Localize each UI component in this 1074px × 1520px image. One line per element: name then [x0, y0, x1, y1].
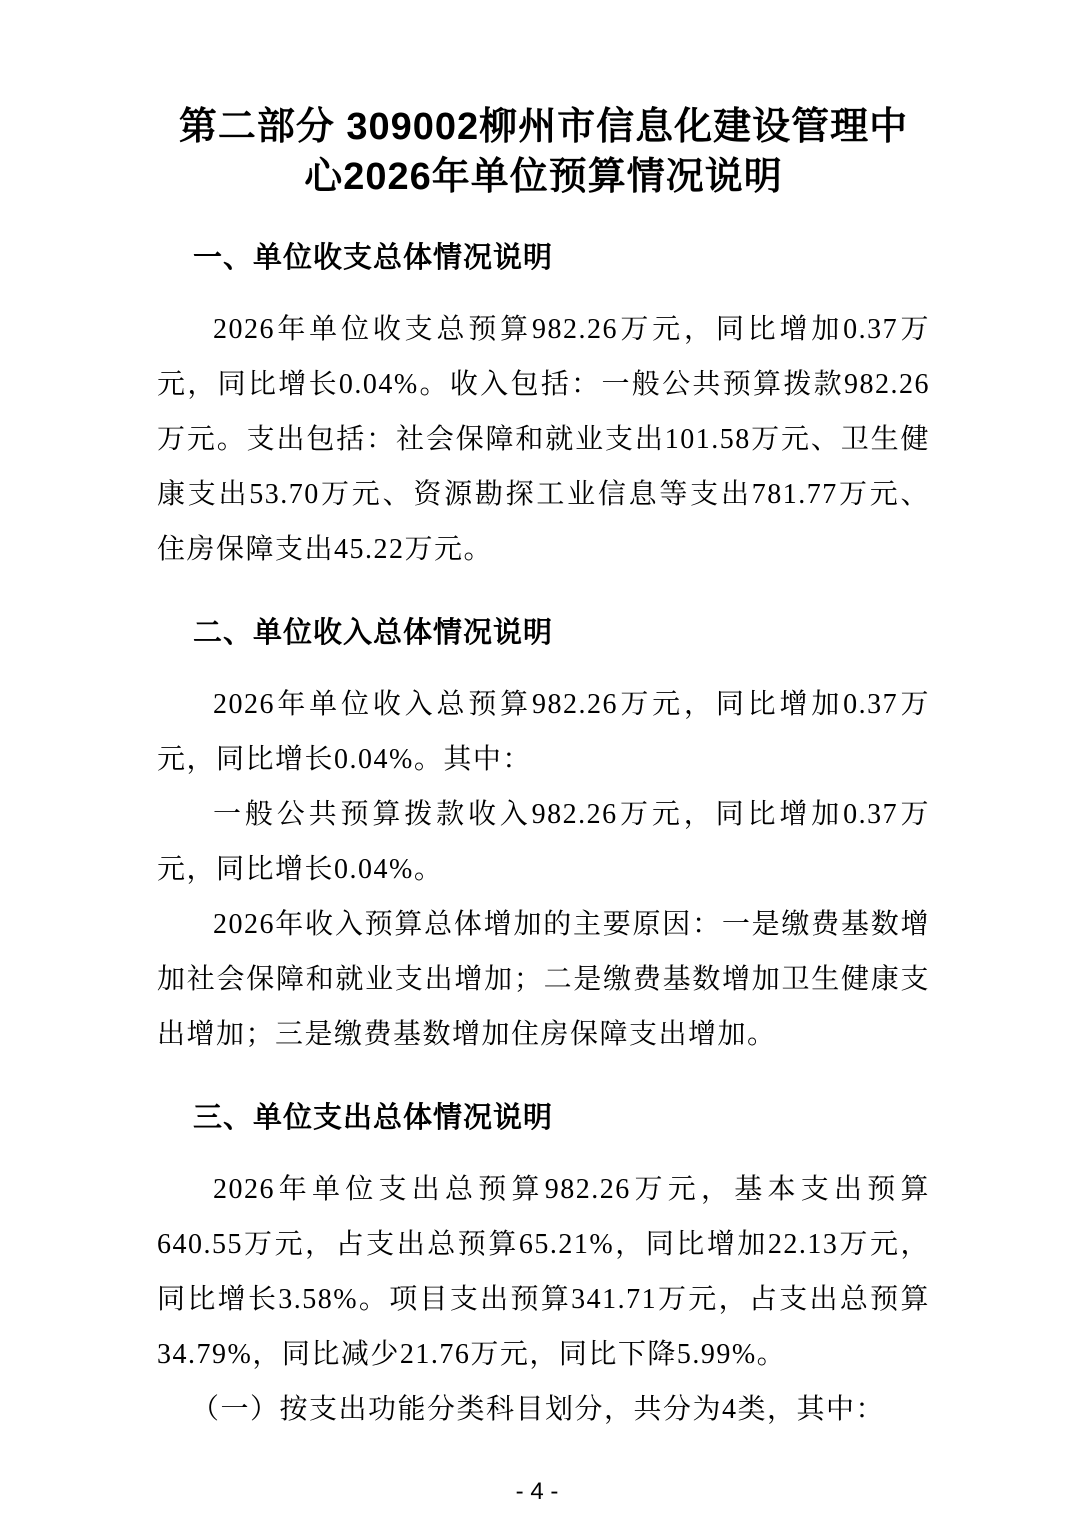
section-1-paragraph-1: 2026年单位收支总预算982.26万元，同比增加0.37万元，同比增长0.04… [157, 302, 930, 577]
section-3-subitem-1: （一）按支出功能分类科目划分，共分为4类，其中： [157, 1382, 930, 1437]
section-2-heading: 二、单位收入总体情况说明 [157, 613, 930, 653]
section-revenue-expenditure-overview: 一、单位收支总体情况说明 2026年单位收支总预算982.26万元，同比增加0.… [157, 238, 930, 577]
page-title-line-2: 心2026年单位预算情况说明 [157, 152, 930, 202]
section-revenue-overview: 二、单位收入总体情况说明 2026年单位收入总预算982.26万元，同比增加0.… [157, 613, 930, 1062]
section-2-paragraph-2: 一般公共预算拨款收入982.26万元，同比增加0.37万元，同比增长0.04%。 [157, 787, 930, 897]
section-3-paragraph-1: 2026年单位支出总预算982.26万元，基本支出预算640.55万元，占支出总… [157, 1162, 930, 1382]
section-1-heading: 一、单位收支总体情况说明 [157, 238, 930, 278]
section-3-heading: 三、单位支出总体情况说明 [157, 1098, 930, 1138]
document-page: 第二部分 309002柳州市信息化建设管理中 心2026年单位预算情况说明 一、… [0, 0, 1074, 1520]
section-expenditure-overview: 三、单位支出总体情况说明 2026年单位支出总预算982.26万元，基本支出预算… [157, 1098, 930, 1437]
page-title: 第二部分 309002柳州市信息化建设管理中 心2026年单位预算情况说明 [157, 102, 930, 202]
section-2-paragraph-1: 2026年单位收入总预算982.26万元，同比增加0.37万元，同比增长0.04… [157, 677, 930, 787]
page-number: - 4 - [0, 1478, 1074, 1506]
section-2-paragraph-3: 2026年收入预算总体增加的主要原因：一是缴费基数增加社会保障和就业支出增加；二… [157, 897, 930, 1062]
page-title-line-1: 第二部分 309002柳州市信息化建设管理中 [157, 102, 930, 152]
